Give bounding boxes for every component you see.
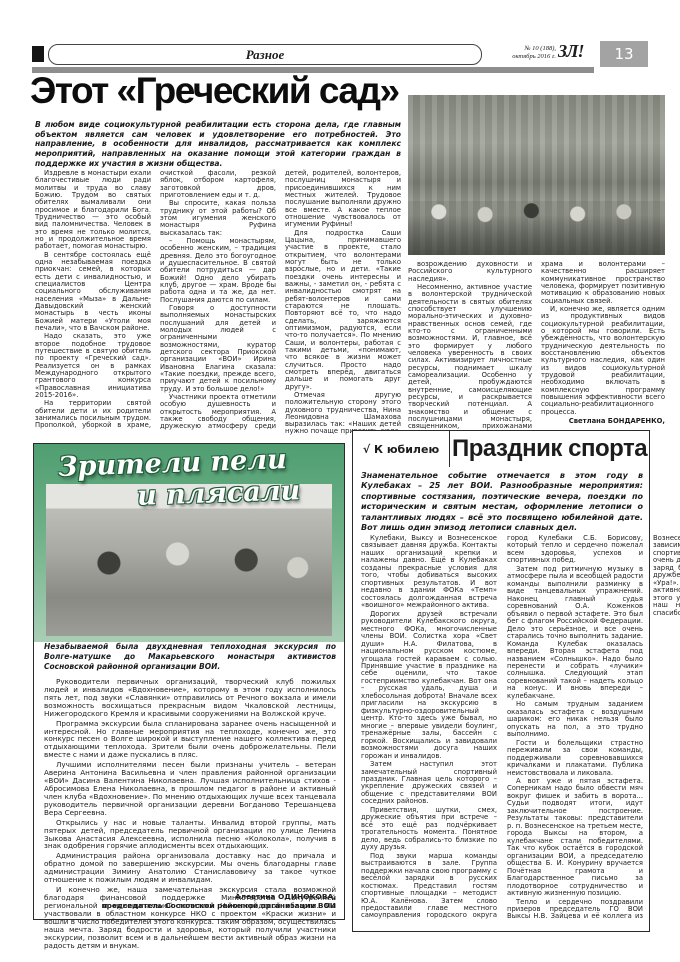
left-article-header-green: Зрители пели и плясали (34, 444, 344, 642)
left-article-title-line2: и плясали (136, 477, 300, 510)
section-label: Разное (246, 47, 285, 63)
left-article-author: Алевтина ОДИНОКОВА, (44, 892, 336, 901)
paragraph: Гости и болельщики страстно переживали з… (507, 740, 643, 777)
right-article-columns: Кулебаки, Выксу и Вознесенское связывает… (361, 535, 643, 927)
main-article-title: Этот «Греческий сад» (30, 72, 408, 111)
page-number: 13 (614, 45, 633, 63)
paragraph: Вы спросите, какая польза труднику от эт… (160, 200, 276, 237)
main-article-left-columns: Издревле в монастыри ехали благочестивые… (35, 170, 401, 436)
paragraph: Затем под ритмичную музыку в атмосфере п… (507, 566, 643, 700)
left-article-caption: Незабываемой была двухдневная теплоходна… (44, 642, 336, 671)
paragraph: – Помощь монастырям, особенно женским, –… (160, 238, 276, 304)
paragraph: Для подростка Саши Цацына, принимавшего … (285, 230, 401, 391)
section-banner: Разное (48, 44, 482, 65)
issue-number: № 10 (188), (486, 45, 556, 53)
left-article-box: Зрители пели и плясали Незабываемой была… (33, 443, 345, 920)
photo-people-group (408, 201, 665, 255)
right-article-body: Кулебаки, Выксу и Вознесенское связывает… (361, 535, 643, 927)
paragraph: А вот уже и пятая эстафета. Соперникам н… (507, 778, 643, 898)
right-article-lead: Знаменательное событие отмечается в этом… (361, 471, 643, 533)
right-article-header: √ К юбилею Праздник спорта (353, 431, 649, 467)
paragraph: Издревле в монастыри ехали благочестивые… (35, 170, 151, 251)
paragraph: Лучшими исполнителями песен были признан… (44, 761, 336, 816)
page-number-badge: 13 (600, 41, 648, 67)
left-article-author-title: председатель Сосновской районной организ… (44, 901, 336, 910)
main-article-lead: В любом виде социокультурной реабилитаци… (35, 120, 401, 169)
left-article-title-line1: Зрители пели (58, 446, 288, 481)
issue-date: октябрь 2016 г. (486, 53, 556, 61)
paragraph: Затем наступил этот замечательный спорти… (361, 761, 497, 806)
right-article-box: √ К юбилею Праздник спорта Знаменательно… (352, 430, 650, 932)
paragraph: Дорогих друзей встречали руководители Ку… (361, 611, 497, 760)
newspaper-logo: ЗЛ! (558, 41, 584, 62)
paragraph: Приветствия, шутки, смех, дружеские объя… (361, 807, 497, 852)
paragraph: Администрация района организовала достав… (44, 852, 336, 884)
right-article-author-title2: Кулебакского ГО ВОИ (653, 638, 680, 647)
main-article-right-columns: возрождению духовности и Российского кул… (408, 261, 665, 431)
paragraph: В сентябре состоялась ещё одна незабывае… (35, 252, 151, 333)
paragraph: Кулебаки, Выксу и Вознесенское связывает… (361, 535, 497, 610)
paragraph: Программа экскурсии была спланирована за… (44, 720, 336, 760)
paragraph: Руководители первичных организаций, твор… (44, 678, 336, 718)
right-article-author: Лидия ШАРОВА, (653, 620, 680, 629)
main-article-photo (408, 95, 665, 255)
left-article-body: Руководители первичных организаций, твор… (44, 678, 336, 878)
right-article-signature: Лидия ШАРОВА, член президиума Кулебакско… (653, 620, 680, 646)
paragraph: возрождению духовности и Российского кул… (408, 261, 532, 283)
paragraph: Говоря о доступности выполняемых монасты… (160, 305, 276, 393)
main-article-author: Светлана БОНДАРЕНКО, (541, 418, 665, 425)
header-corner-mark (32, 46, 44, 62)
issue-info: № 10 (188), октябрь 2016 г. (486, 45, 556, 62)
right-article-title: Праздник спорта (450, 431, 649, 467)
rubric-label: √ К юбилею (353, 431, 450, 467)
left-article-signature: Алевтина ОДИНОКОВА, председатель Сосновс… (44, 892, 336, 911)
newspaper-page: { "header": { "section_label": "Разное",… (0, 0, 680, 962)
paragraph: Но самым трудным заданием оказалась эста… (507, 701, 643, 738)
paragraph: И, конечно же, является одним из продукт… (541, 306, 665, 416)
right-article-author-title1: член президиума (653, 629, 680, 638)
paragraph: Надо сказать, это уже второе подобное тр… (35, 333, 151, 399)
paragraph: Открылись у нас и новые таланты. Инвалид… (44, 819, 336, 851)
main-article-author-note: Фото автора (674, 261, 680, 268)
